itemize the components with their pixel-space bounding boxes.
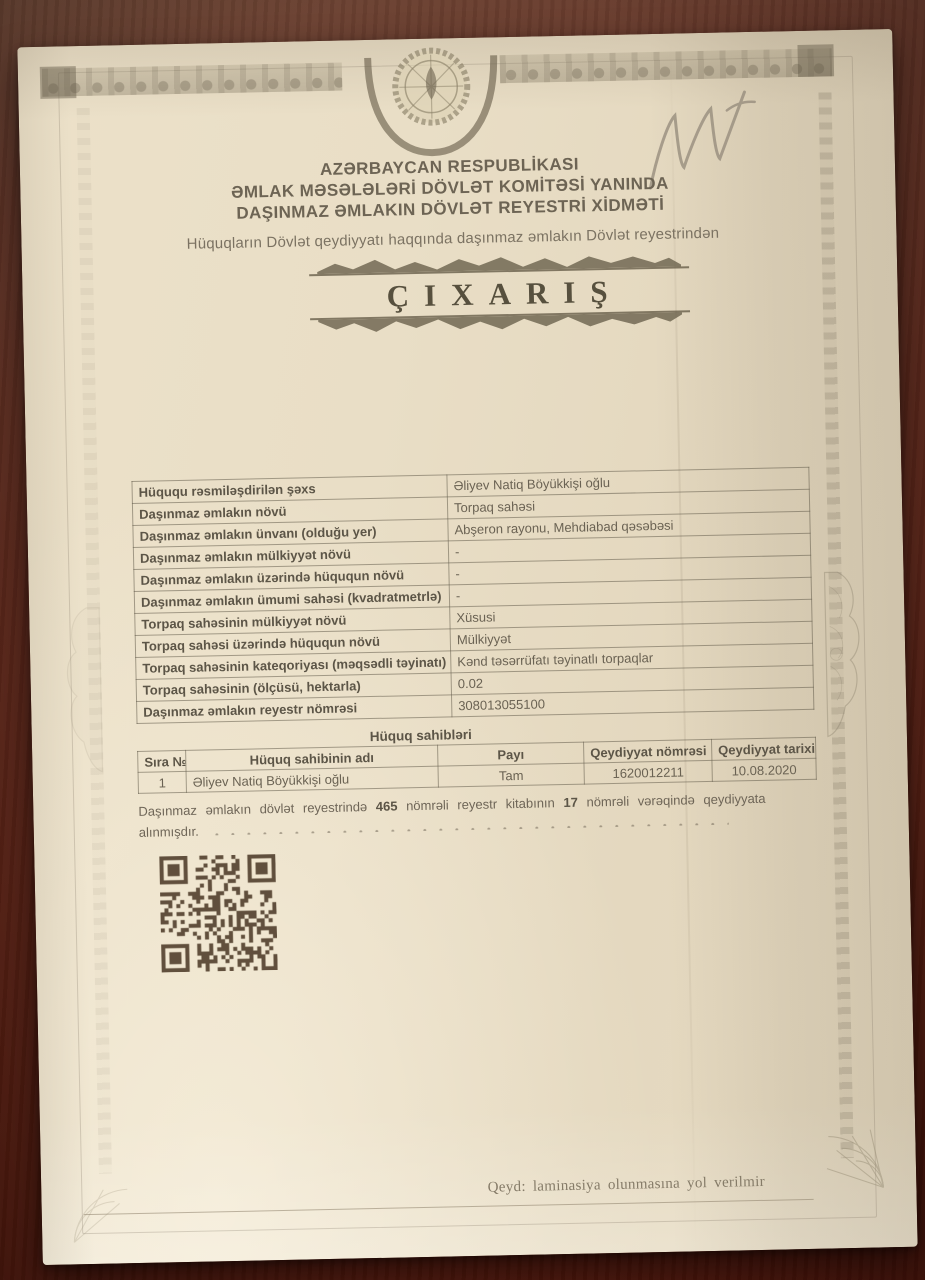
- note-page-number: 17: [563, 795, 578, 810]
- owner-share: Tam: [438, 763, 584, 787]
- note-book-number: 465: [376, 799, 398, 814]
- right-edge-medallion-icon: [814, 566, 864, 742]
- owner-index: 1: [138, 771, 186, 793]
- top-right-corner-ornament: [797, 44, 834, 77]
- qr-code-icon: [159, 854, 277, 972]
- note-text: nömrəli reyestr kitabının: [397, 795, 563, 813]
- top-left-corner-ornament: [40, 66, 77, 99]
- bottom-right-corner-fan-icon: [822, 1127, 885, 1190]
- owner-reg-number: 1620012211: [584, 760, 712, 784]
- left-edge-medallion-icon: [63, 601, 113, 777]
- column-header-reg-date: Qeydiyyat tarixi: [711, 737, 815, 760]
- title-block: ÇIXARIŞ: [309, 251, 691, 335]
- owner-reg-date: 10.08.2020: [712, 758, 816, 781]
- property-details-table: Hüququ rəsmiləşdirilən şəxsƏliyev Natiq …: [131, 467, 814, 724]
- column-header-reg-number: Qeydiyyat nömrəsi: [584, 739, 712, 763]
- photo-background: { "header": { "org_line1": "AZƏRBAYCAN R…: [0, 0, 925, 1280]
- tables-area: Hüququ rəsmiləşdirilən şəxsƏliyev Natiq …: [131, 467, 815, 794]
- note-text: Daşınmaz əmlakın dövlət reyestrində: [138, 799, 376, 819]
- column-header-index: Sıra №: [138, 750, 186, 772]
- document-paper: AZƏRBAYCAN RESPUBLİKASI ƏMLAK MƏSƏLƏLƏRİ…: [17, 29, 917, 1265]
